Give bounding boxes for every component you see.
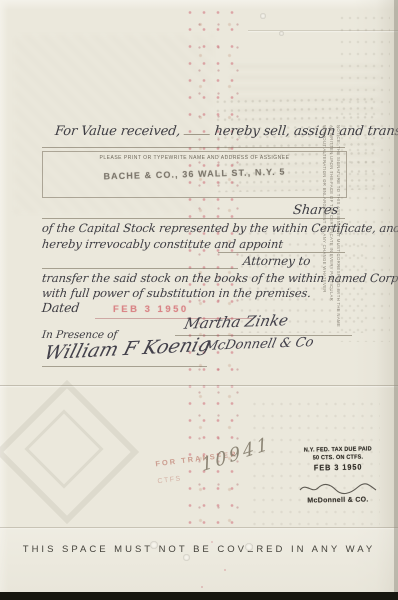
bache-address-stamp: BACHE & CO., 36 WALL ST., N.Y. 5	[43, 165, 346, 183]
punch-hole	[260, 13, 266, 19]
crease-line	[248, 30, 398, 31]
punch-hole	[183, 554, 190, 561]
footer-notice: THIS SPACE MUST NOT BE COVERED IN ANY WA…	[0, 544, 398, 555]
scan-edge	[0, 592, 398, 600]
tax-stamp-signature	[296, 478, 380, 498]
tax-stamp-line1: N.Y. FED. TAX DUE PAID	[301, 446, 375, 453]
owner-signature: Martha Zinke	[183, 311, 290, 333]
tax-stamp-firm: McDonnell & CO.	[298, 496, 378, 504]
diamond-watermark	[6, 386, 156, 526]
edge-notice: NOTICE: THE SIGNATURE TO THIS ASSIGNMENT…	[320, 125, 342, 373]
certificate-back-paper: For Value received, hereby sell, assign …	[0, 0, 398, 600]
punch-hole	[279, 31, 284, 36]
substitution-line: with full power of substitution in the p…	[41, 286, 311, 300]
capital-stock-line: of the Capital Stock represented by the …	[41, 221, 398, 235]
edge-notice-line: NOTICE: THE SIGNATURE TO THIS ASSIGNMENT…	[335, 125, 342, 373]
edge-notice-line: AS WRITTEN UPON THE FACE OF THE CERTIFIC…	[328, 125, 335, 373]
transfer-clause-text: hereby sell, assign and transfer unto	[214, 124, 398, 139]
signature-rule	[42, 366, 207, 367]
punch-hole	[245, 543, 253, 551]
dated-label: Dated	[41, 300, 80, 315]
tax-stamp-line2: 50 CTS. ON CTFS.	[301, 454, 375, 461]
tax-paid-stamp: N.Y. FED. TAX DUE PAID 50 CTS. ON CTFS. …	[298, 446, 378, 474]
fill-in-blank	[184, 134, 210, 135]
value-received-text: For Value received,	[54, 124, 181, 139]
scan-edge	[394, 0, 398, 600]
punch-hole	[150, 541, 158, 549]
assignee-box: PLEASE PRINT OR TYPEWRITE NAME AND ADDRE…	[42, 151, 347, 198]
ruled-line	[42, 268, 238, 269]
date-stamp: FEB 3 1950	[113, 304, 189, 315]
firm-signature: McDonnell & Co	[203, 335, 315, 354]
value-received-line: For Value received, hereby sell, assign …	[54, 124, 398, 139]
ruled-line	[42, 218, 345, 219]
assignee-instruction-label: PLEASE PRINT OR TYPEWRITE NAME AND ADDRE…	[43, 155, 346, 161]
fold-line	[0, 385, 398, 386]
attorney-label: Attorney to	[242, 254, 311, 268]
edge-notice-line: WITHOUT ALTERATION OR ENLARGEMENT OR ANY…	[321, 125, 328, 373]
footer-band	[0, 528, 398, 592]
tax-stamp-date: FEB 3 1950	[301, 462, 375, 472]
books-line: transfer the said stock on the books of …	[41, 271, 398, 285]
ruled-line	[42, 147, 345, 148]
appoint-line: hereby irrevocably constitute and appoin…	[41, 237, 283, 251]
